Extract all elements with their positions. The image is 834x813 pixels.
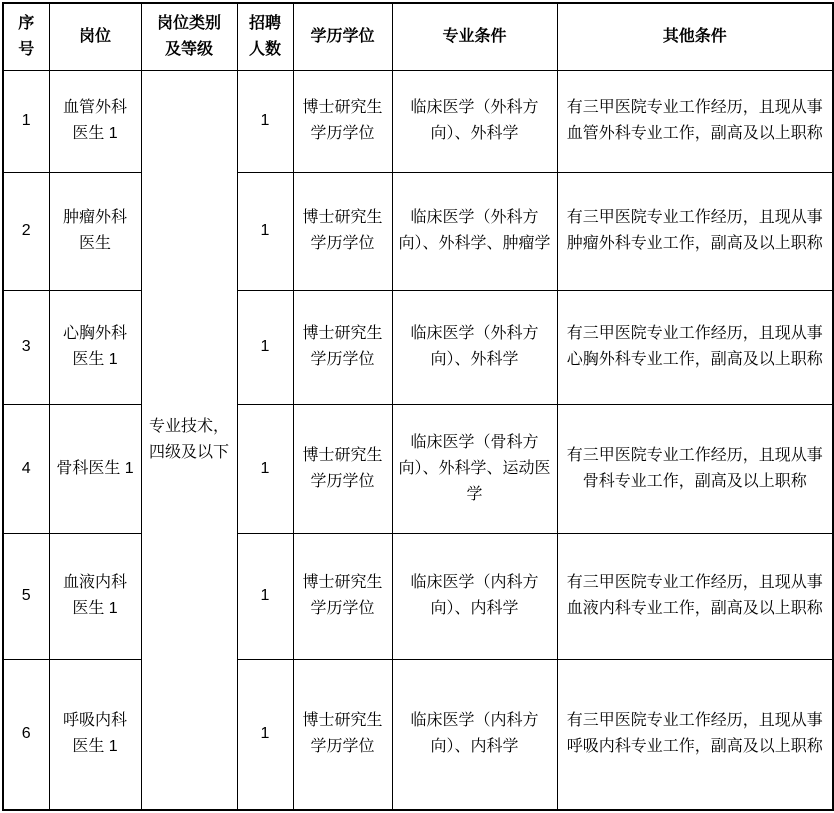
cell-post: 呼吸内科医生 1 [49, 659, 141, 810]
cell-degree: 博士研究生学历学位 [293, 404, 392, 533]
table-row: 5 血液内科医生 1 1 博士研究生学历学位 临床医学（内科方向）、内科学 有三… [3, 533, 833, 659]
cell-other: 有三甲医院专业工作经历，且现从事血管外科专业工作，副高及以上职称 [557, 70, 833, 172]
cell-index: 2 [3, 172, 49, 290]
col-header-other: 其他条件 [557, 3, 833, 70]
cell-other: 有三甲医院专业工作经历，且现从事肿瘤外科专业工作，副高及以上职称 [557, 172, 833, 290]
page: 序 号 岗位 岗位类别 及等级 招聘 人数 学历学位 专业条件 其他条件 1 血… [0, 0, 834, 813]
cell-degree: 博士研究生学历学位 [293, 70, 392, 172]
col-header-count: 招聘 人数 [237, 3, 293, 70]
cell-major: 临床医学（外科方向）、外科学 [392, 290, 557, 404]
table-row: 3 心胸外科医生 1 1 博士研究生学历学位 临床医学（外科方向）、外科学 有三… [3, 290, 833, 404]
cell-count: 1 [237, 290, 293, 404]
cell-other: 有三甲医院专业工作经历，且现从事呼吸内科专业工作，副高及以上职称 [557, 659, 833, 810]
cell-other: 有三甲医院专业工作经历，且现从事血液内科专业工作，副高及以上职称 [557, 533, 833, 659]
cell-post: 血液内科医生 1 [49, 533, 141, 659]
cell-degree: 博士研究生学历学位 [293, 290, 392, 404]
col-header-degree: 学历学位 [293, 3, 392, 70]
col-header-major: 专业条件 [392, 3, 557, 70]
cell-index: 6 [3, 659, 49, 810]
table-row: 2 肿瘤外科医生 1 博士研究生学历学位 临床医学（外科方向）、外科学、肿瘤学 … [3, 172, 833, 290]
cell-post: 心胸外科医生 1 [49, 290, 141, 404]
col-header-post: 岗位 [49, 3, 141, 70]
cell-index: 4 [3, 404, 49, 533]
col-header-index: 序 号 [3, 3, 49, 70]
cell-count: 1 [237, 533, 293, 659]
cell-index: 5 [3, 533, 49, 659]
cell-other: 有三甲医院专业工作经历，且现从事心胸外科专业工作，副高及以上职称 [557, 290, 833, 404]
table-row: 6 呼吸内科医生 1 1 博士研究生学历学位 临床医学（内科方向）、内科学 有三… [3, 659, 833, 810]
cell-index: 1 [3, 70, 49, 172]
cell-count: 1 [237, 404, 293, 533]
cell-count: 1 [237, 70, 293, 172]
cell-major: 临床医学（外科方向）、外科学 [392, 70, 557, 172]
cell-category-merged: 专业技术，四级及以下 [141, 70, 237, 810]
header-row: 序 号 岗位 岗位类别 及等级 招聘 人数 学历学位 专业条件 其他条件 [3, 3, 833, 70]
cell-degree: 博士研究生学历学位 [293, 172, 392, 290]
cell-major: 临床医学（外科方向）、外科学、肿瘤学 [392, 172, 557, 290]
table-row: 4 骨科医生 1 1 博士研究生学历学位 临床医学（骨科方向）、外科学、运动医学… [3, 404, 833, 533]
col-header-category: 岗位类别 及等级 [141, 3, 237, 70]
cell-major: 临床医学（内科方向）、内科学 [392, 659, 557, 810]
cell-degree: 博士研究生学历学位 [293, 659, 392, 810]
cell-post: 骨科医生 1 [49, 404, 141, 533]
recruitment-table: 序 号 岗位 岗位类别 及等级 招聘 人数 学历学位 专业条件 其他条件 1 血… [2, 2, 834, 811]
table-row: 1 血管外科医生 1 专业技术，四级及以下 1 博士研究生学历学位 临床医学（外… [3, 70, 833, 172]
cell-major: 临床医学（骨科方向）、外科学、运动医学 [392, 404, 557, 533]
cell-count: 1 [237, 172, 293, 290]
cell-other: 有三甲医院专业工作经历，且现从事骨科专业工作，副高及以上职称 [557, 404, 833, 533]
cell-major: 临床医学（内科方向）、内科学 [392, 533, 557, 659]
cell-index: 3 [3, 290, 49, 404]
cell-post: 肿瘤外科医生 [49, 172, 141, 290]
cell-count: 1 [237, 659, 293, 810]
cell-degree: 博士研究生学历学位 [293, 533, 392, 659]
cell-post: 血管外科医生 1 [49, 70, 141, 172]
